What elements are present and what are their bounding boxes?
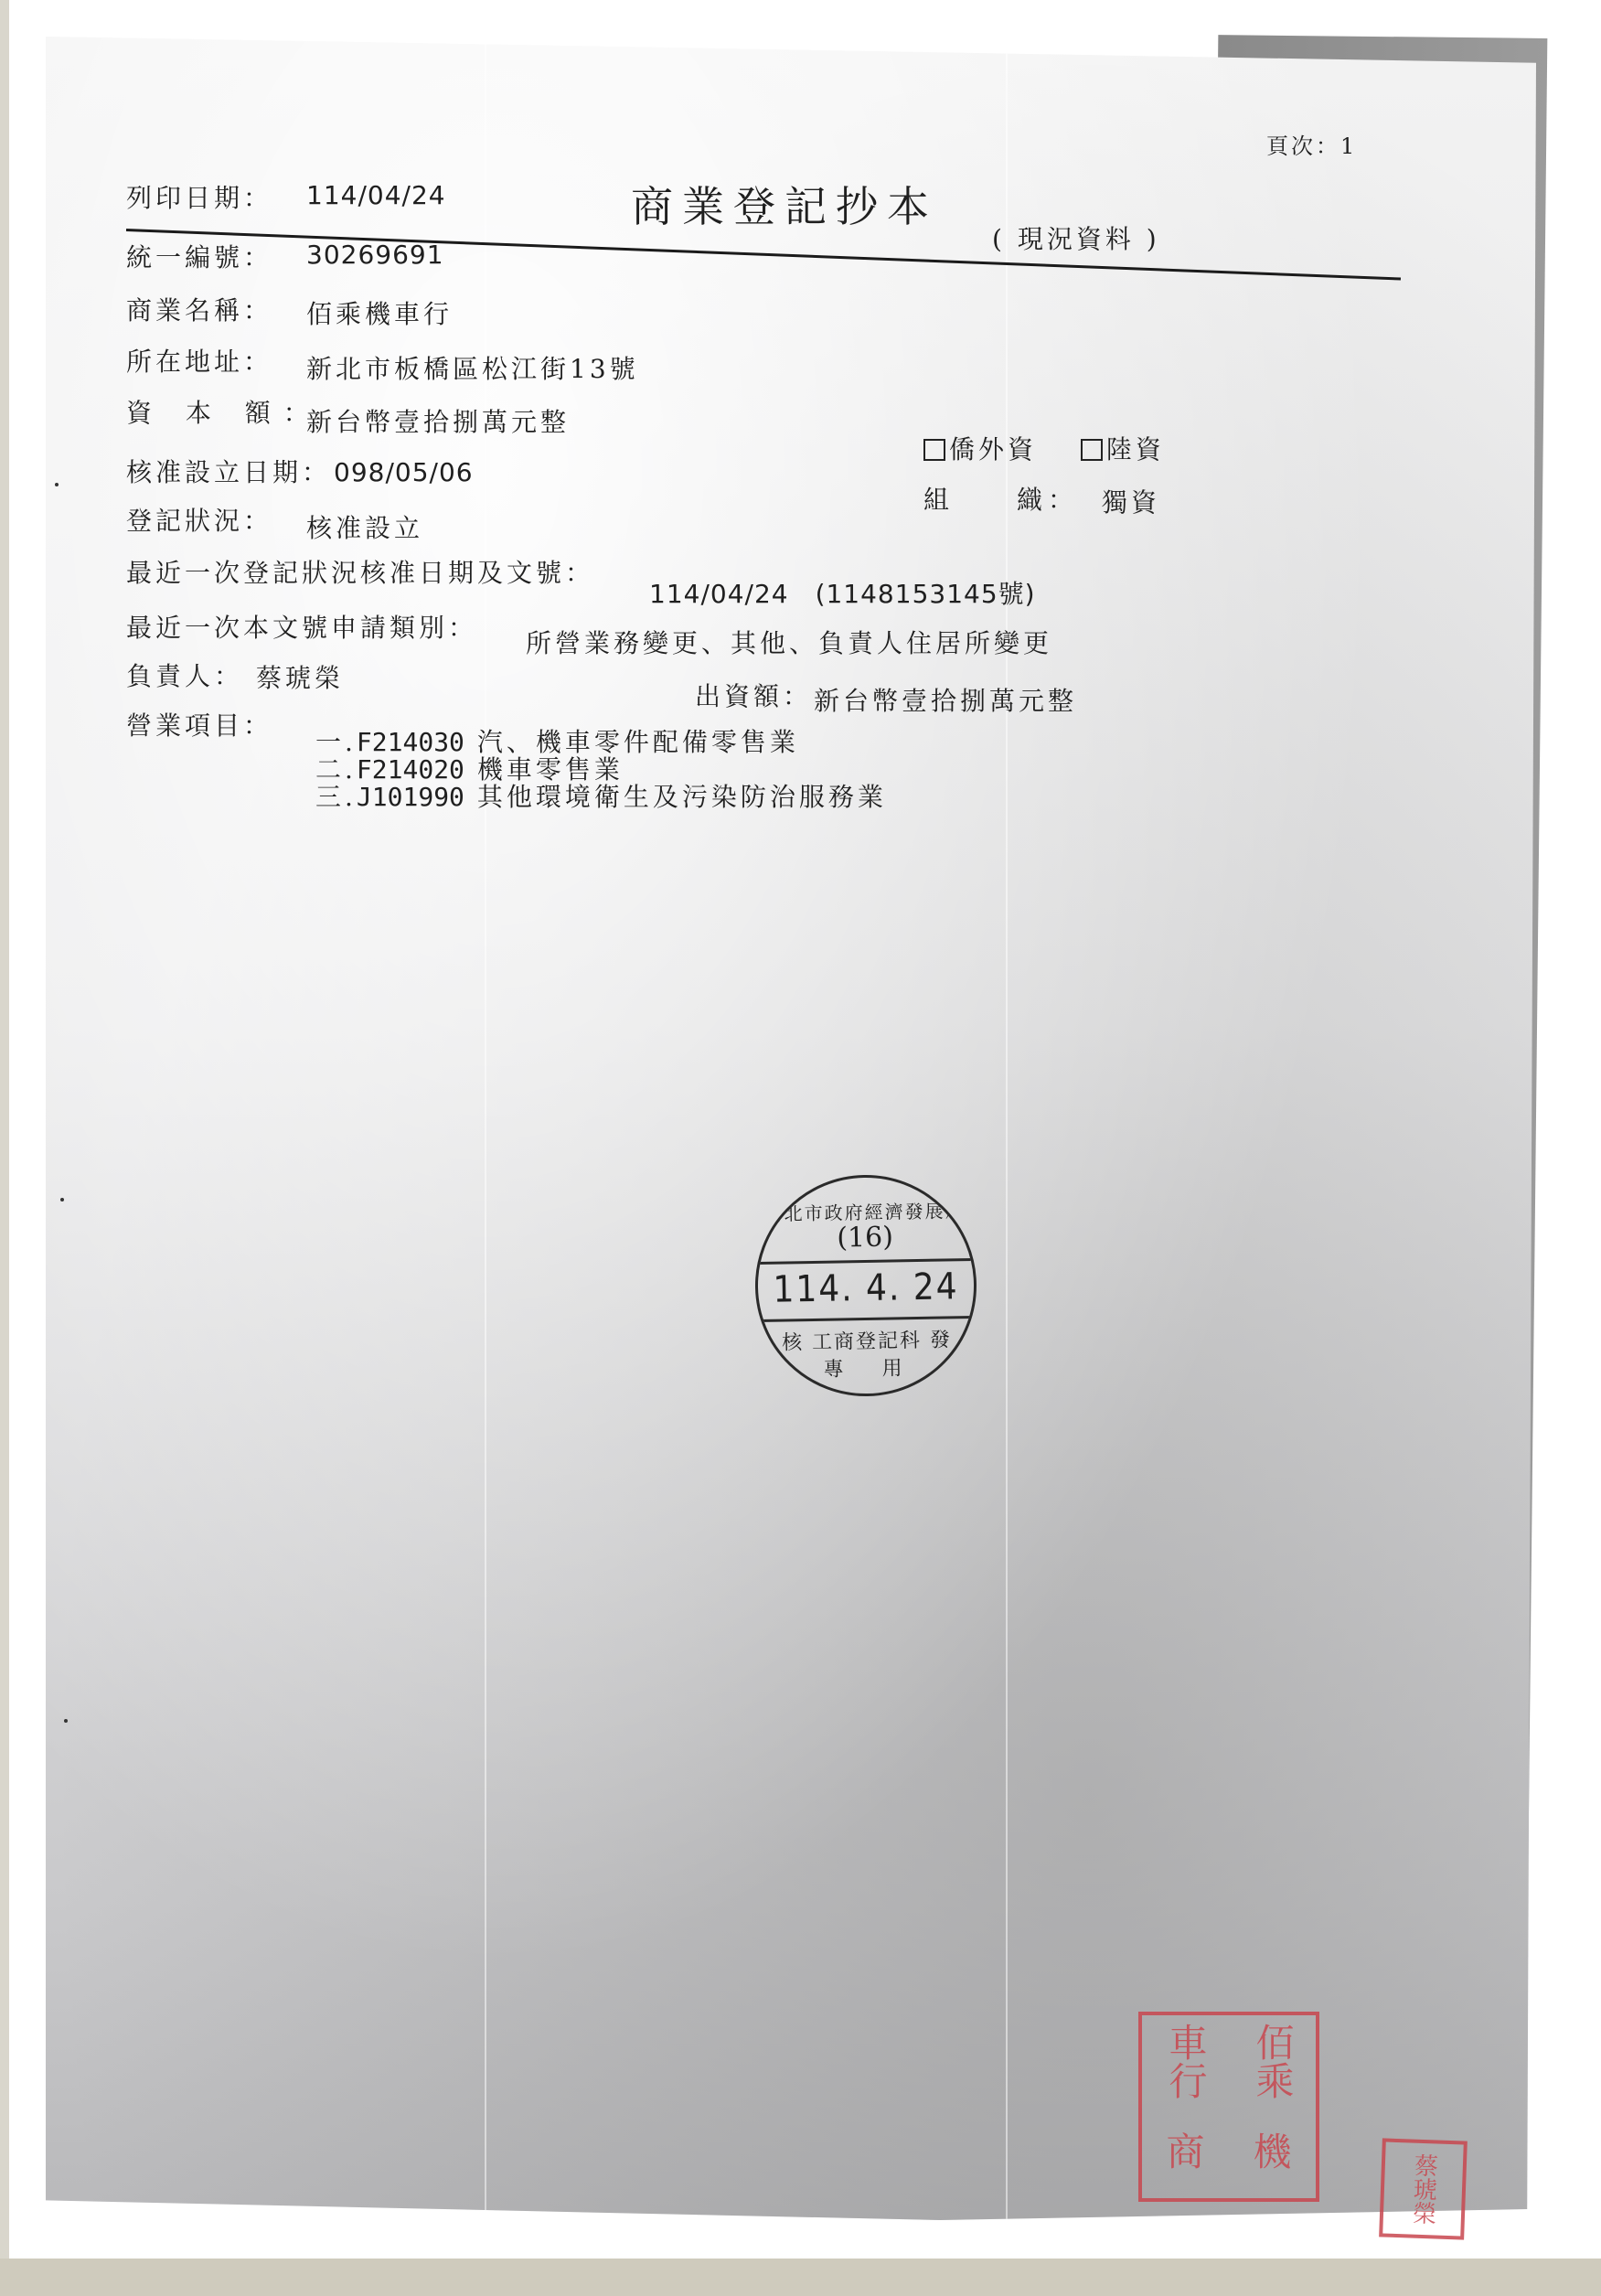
capital-value: 新台幣壹拾捌萬元整 [306, 402, 570, 439]
document-title: 商業登記抄本 [631, 174, 938, 234]
stamp-number: (16) [757, 1220, 974, 1255]
mainland-investment-checkbox [1081, 439, 1103, 461]
business-name-label: 商業名稱： [126, 291, 272, 327]
background-edge [0, 2259, 1601, 2296]
mainland-investment-label: 陸資 [1106, 434, 1165, 465]
contribution-label: 出資額： [695, 677, 812, 713]
fold-line [1006, 37, 1008, 2231]
company-seal: 車行 佰乘 商 機 [1138, 2012, 1319, 2202]
business-item: 三.J101990其他環境衛生及污染防治服務業 [315, 777, 887, 814]
status-value: 核准設立 [306, 508, 423, 545]
document-subtitle: ( 現況資料 ) [992, 219, 1160, 256]
business-name-value: 佰乘機車行 [306, 294, 453, 331]
latest-application-type-value: 所營業務變更、其他、負責人住居所變更 [526, 624, 1052, 660]
stamp-usage: 專 用 [759, 1351, 976, 1383]
owner-seal: 蔡琥榮 [1379, 2138, 1468, 2239]
owner-value: 蔡琥榮 [256, 658, 344, 695]
contribution-value: 新台幣壹拾捌萬元整 [814, 681, 1077, 718]
stamp-date: 114. 4. 24 [758, 1265, 975, 1311]
organization-value: 獨資 [1102, 483, 1160, 519]
investment-checkboxes: 僑外資 陸資 [923, 430, 1165, 466]
print-date-value: 114/04/24 [306, 180, 446, 210]
business-items-label: 營業項目： [126, 706, 272, 742]
page-number: 頁次：1 [1266, 128, 1357, 160]
official-date-stamp: 新北市政府經濟發展局 (16) 114. 4. 24 核 工商登記科 發 專 用 [753, 1173, 978, 1398]
print-date-label: 列印日期： [126, 178, 272, 215]
organization-label: 組 織： [923, 480, 1079, 517]
business-item-code: J101990 [357, 782, 464, 812]
approval-date-value: 098/05/06 [334, 457, 474, 487]
status-label: 登記狀況： [126, 501, 272, 538]
owner-label: 負責人： [126, 657, 243, 693]
margin-mark [55, 483, 59, 486]
unified-number-value: 30269691 [306, 240, 444, 270]
business-item-index: 三. [315, 782, 357, 812]
seal-char: 機 [1229, 2107, 1316, 2198]
seal-char: 車行 [1142, 2015, 1229, 2107]
latest-application-type-label: 最近一次本文號申請類別： [126, 608, 477, 645]
foreign-investment-label: 僑外資 [949, 434, 1037, 465]
latest-approval-label: 最近一次登記狀況核准日期及文號： [126, 553, 594, 590]
capital-label: 資 本 額： [126, 393, 322, 430]
unified-number-label: 統一編號： [126, 238, 272, 274]
background-edge [0, 0, 9, 2296]
seal-char: 佰乘 [1229, 2015, 1316, 2107]
business-item-description: 其他環境衛生及污染防治服務業 [477, 782, 887, 812]
foreign-investment-checkbox [923, 439, 945, 461]
margin-mark [64, 1719, 68, 1723]
address-label: 所在地址： [126, 342, 272, 379]
latest-approval-value: 114/04/24 (1148153145號) [649, 574, 1036, 611]
address-value: 新北市板橋區松江街13號 [306, 349, 639, 386]
seal-char: 商 [1142, 2107, 1229, 2198]
seal-char: 蔡琥榮 [1410, 2153, 1436, 2226]
approval-date-label: 核准設立日期： [126, 453, 331, 489]
margin-mark [60, 1198, 64, 1201]
